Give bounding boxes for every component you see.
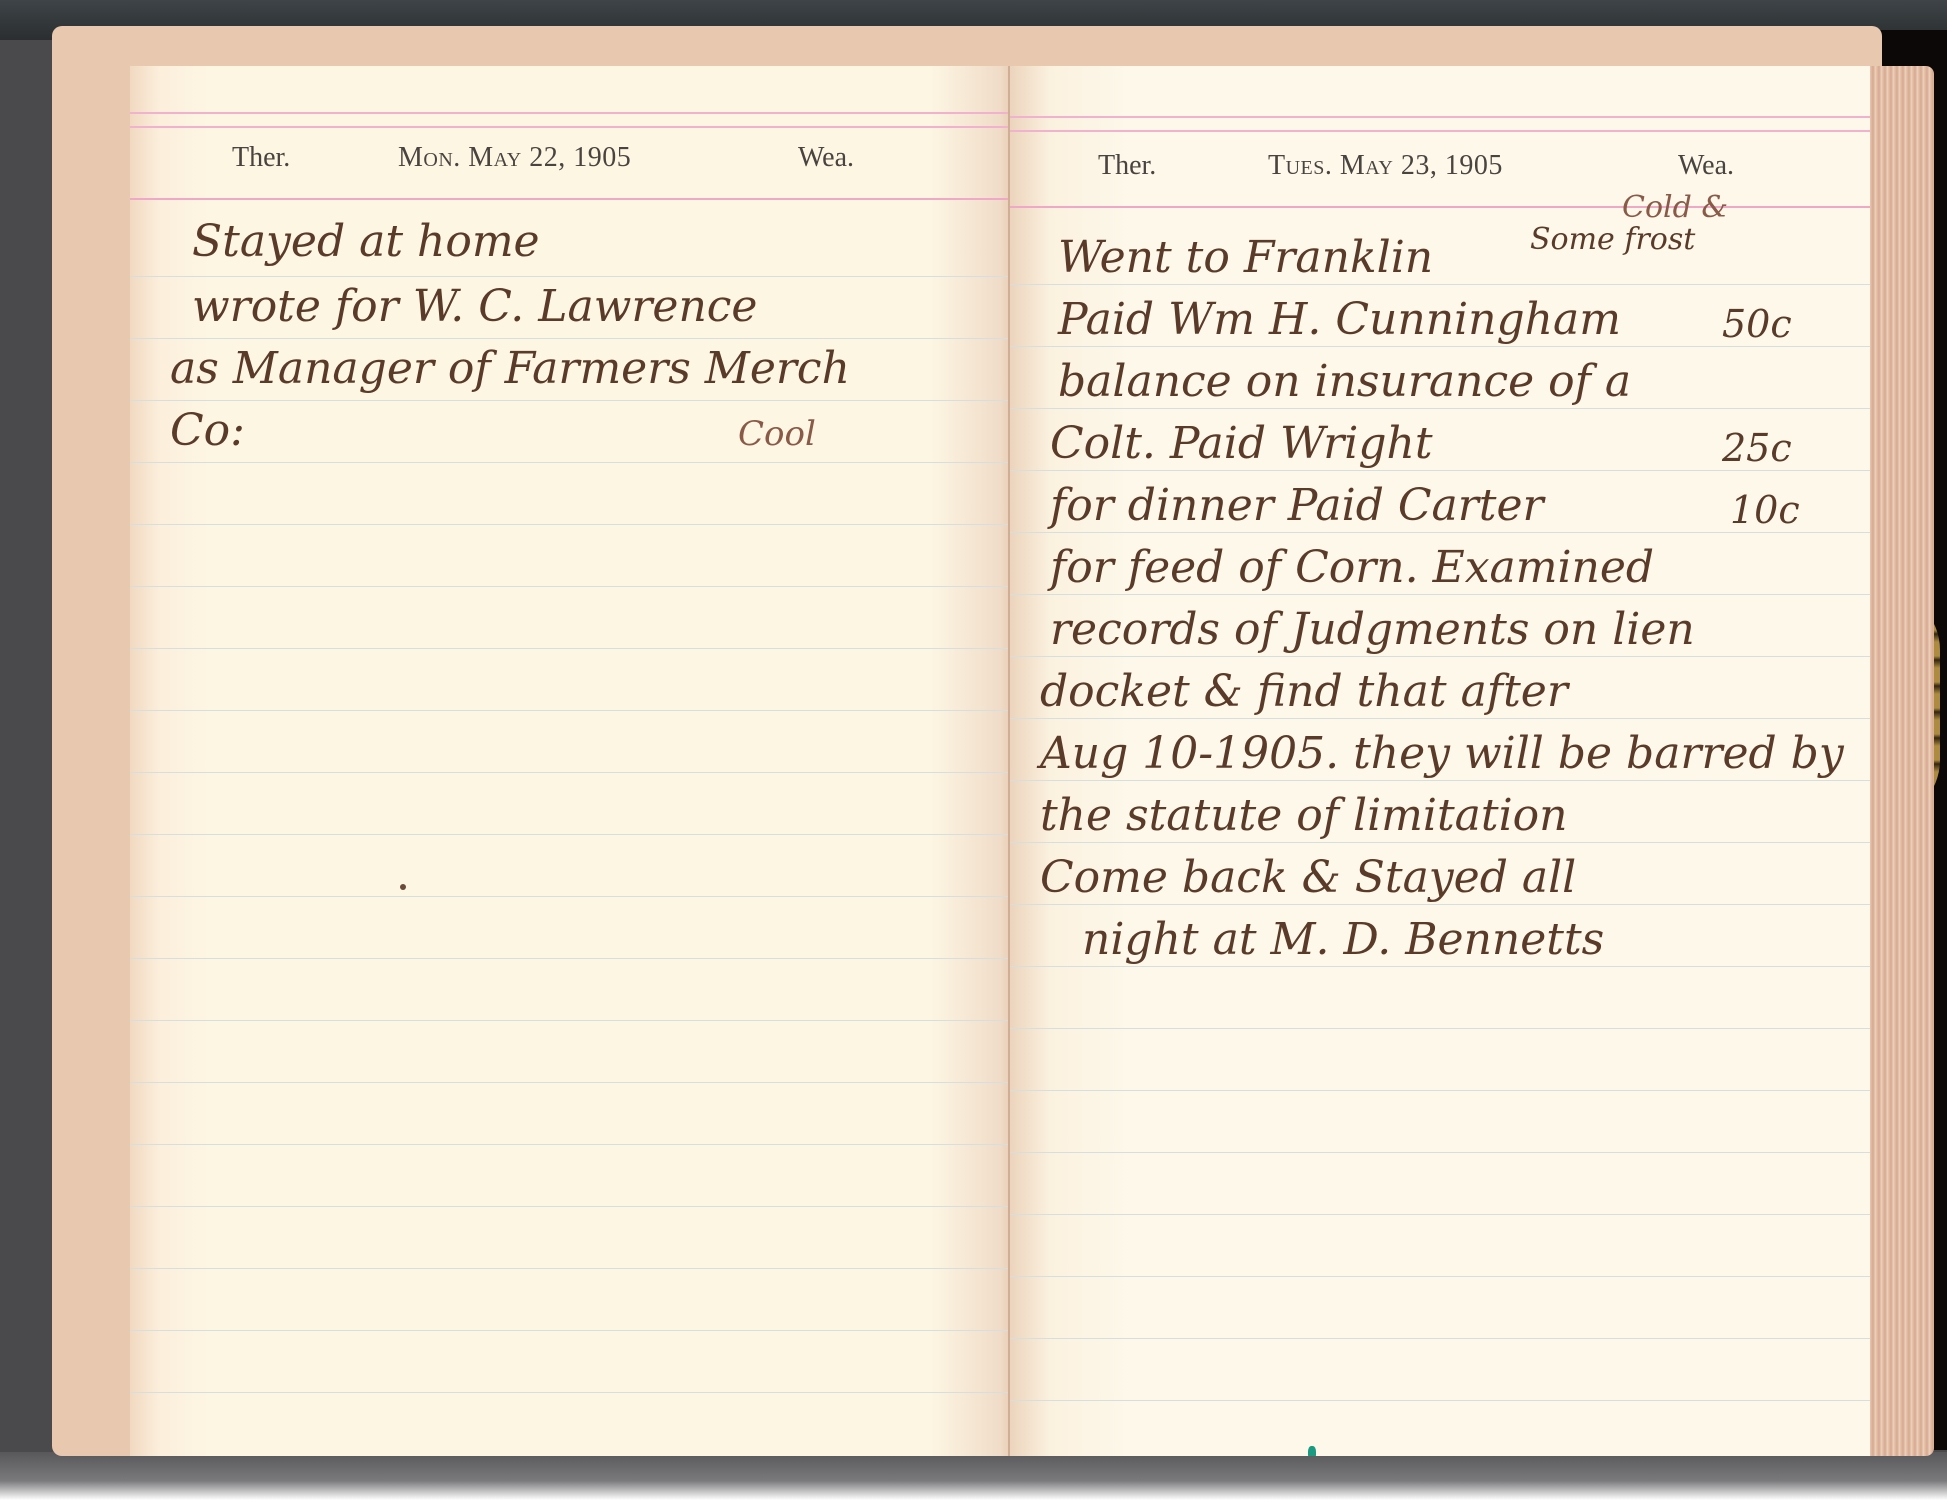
ruled-line	[130, 462, 1010, 463]
ruled-line	[130, 276, 1010, 277]
entry-line: docket & find that after	[1040, 666, 1568, 717]
ruled-line	[1010, 1152, 1888, 1153]
entry-line: balance on insurance of a	[1058, 356, 1631, 407]
ruled-line	[1010, 718, 1888, 719]
ruled-line	[130, 710, 1010, 711]
ruled-line	[130, 1206, 1010, 1207]
entry-line: as Manager of Farmers Merch	[170, 343, 850, 394]
entry-line: Come back & Stayed all	[1040, 852, 1576, 903]
entry-line: for feed of Corn. Examined	[1050, 542, 1654, 593]
entry-line: Went to Franklin	[1058, 232, 1433, 283]
amount-paid: 25c	[1722, 426, 1792, 470]
page-header: Ther. Tues. May 23, 1905 Wea.	[1010, 150, 1888, 210]
page-header: Ther. Mon. May 22, 1905 Wea.	[130, 142, 1010, 202]
right-page: Ther. Tues. May 23, 1905 Wea. Cold & Som…	[1010, 66, 1888, 1456]
page-date: Mon. May 22, 1905	[398, 142, 631, 174]
scanner-background-bottom	[0, 1452, 1947, 1500]
entry-line: records of Judgments on lien	[1050, 604, 1695, 655]
ruled-line	[1010, 842, 1888, 843]
entry-line: night at M. D. Bennetts	[1082, 914, 1604, 965]
entry-line: the statute of limitation	[1040, 790, 1567, 841]
weather-note: Cool	[738, 414, 816, 454]
page-edges	[1870, 66, 1934, 1456]
entry-line: wrote for W. C. Lawrence	[192, 281, 757, 332]
header-top-rule	[130, 112, 1010, 128]
ruled-line	[1010, 1276, 1888, 1277]
page-date: Tues. May 23, 1905	[1268, 150, 1503, 182]
green-ink-spot	[1308, 1446, 1316, 1456]
header-top-rule	[1010, 116, 1888, 132]
ruled-line	[130, 896, 1010, 897]
amount-paid: 10c	[1730, 488, 1800, 532]
ruled-line	[1010, 470, 1888, 471]
ruled-line	[1010, 656, 1888, 657]
ruled-line	[1010, 1214, 1888, 1215]
ruled-line	[1010, 532, 1888, 533]
ink-spot	[400, 884, 406, 890]
header-bottom-rule	[130, 198, 1010, 200]
ruled-line	[130, 338, 1010, 339]
ruled-line	[1010, 284, 1888, 285]
left-page: Ther. Mon. May 22, 1905 Wea. Stayed at h…	[130, 66, 1010, 1456]
amount-paid: 50c	[1722, 302, 1792, 346]
entry-line: Colt. Paid Wright	[1050, 418, 1433, 469]
ruled-line	[1010, 346, 1888, 347]
ruled-line	[130, 648, 1010, 649]
wea-label: Wea.	[798, 142, 854, 174]
ruled-line	[1010, 1400, 1888, 1401]
ruled-line	[1010, 1090, 1888, 1091]
ruled-line	[130, 772, 1010, 773]
ruled-line	[1010, 780, 1888, 781]
ruled-line	[1010, 904, 1888, 905]
ther-label: Ther.	[232, 142, 290, 174]
ruled-line	[130, 1144, 1010, 1145]
ruled-line	[130, 586, 1010, 587]
entry-line: Aug 10-1905. they will be barred by	[1040, 728, 1844, 779]
ruled-line	[1010, 594, 1888, 595]
ruled-line	[1010, 1338, 1888, 1339]
ruled-line	[1010, 966, 1888, 967]
ruled-line	[130, 1082, 1010, 1083]
open-diary: Ther. Mon. May 22, 1905 Wea. Stayed at h…	[52, 26, 1882, 1456]
ruled-line	[130, 400, 1010, 401]
ther-label: Ther.	[1098, 150, 1156, 182]
ruled-line	[130, 958, 1010, 959]
ruled-line	[1010, 1028, 1888, 1029]
header-bottom-rule	[1010, 206, 1888, 208]
weather-note: Cold &	[1622, 190, 1728, 225]
ruled-line	[130, 1020, 1010, 1021]
ruled-line	[1010, 408, 1888, 409]
entry-line: Co:	[170, 405, 245, 456]
wea-label: Wea.	[1678, 150, 1734, 182]
ruled-line	[130, 524, 1010, 525]
ruled-line	[130, 1330, 1010, 1331]
weather-note: Some frost	[1530, 222, 1695, 257]
entry-line: Stayed at home	[192, 216, 540, 267]
entry-line: Paid Wm H. Cunningham	[1058, 294, 1621, 345]
ruled-line	[130, 1268, 1010, 1269]
entry-line: for dinner Paid Carter	[1050, 480, 1544, 531]
ruled-line	[130, 834, 1010, 835]
ruled-line	[130, 1392, 1010, 1393]
